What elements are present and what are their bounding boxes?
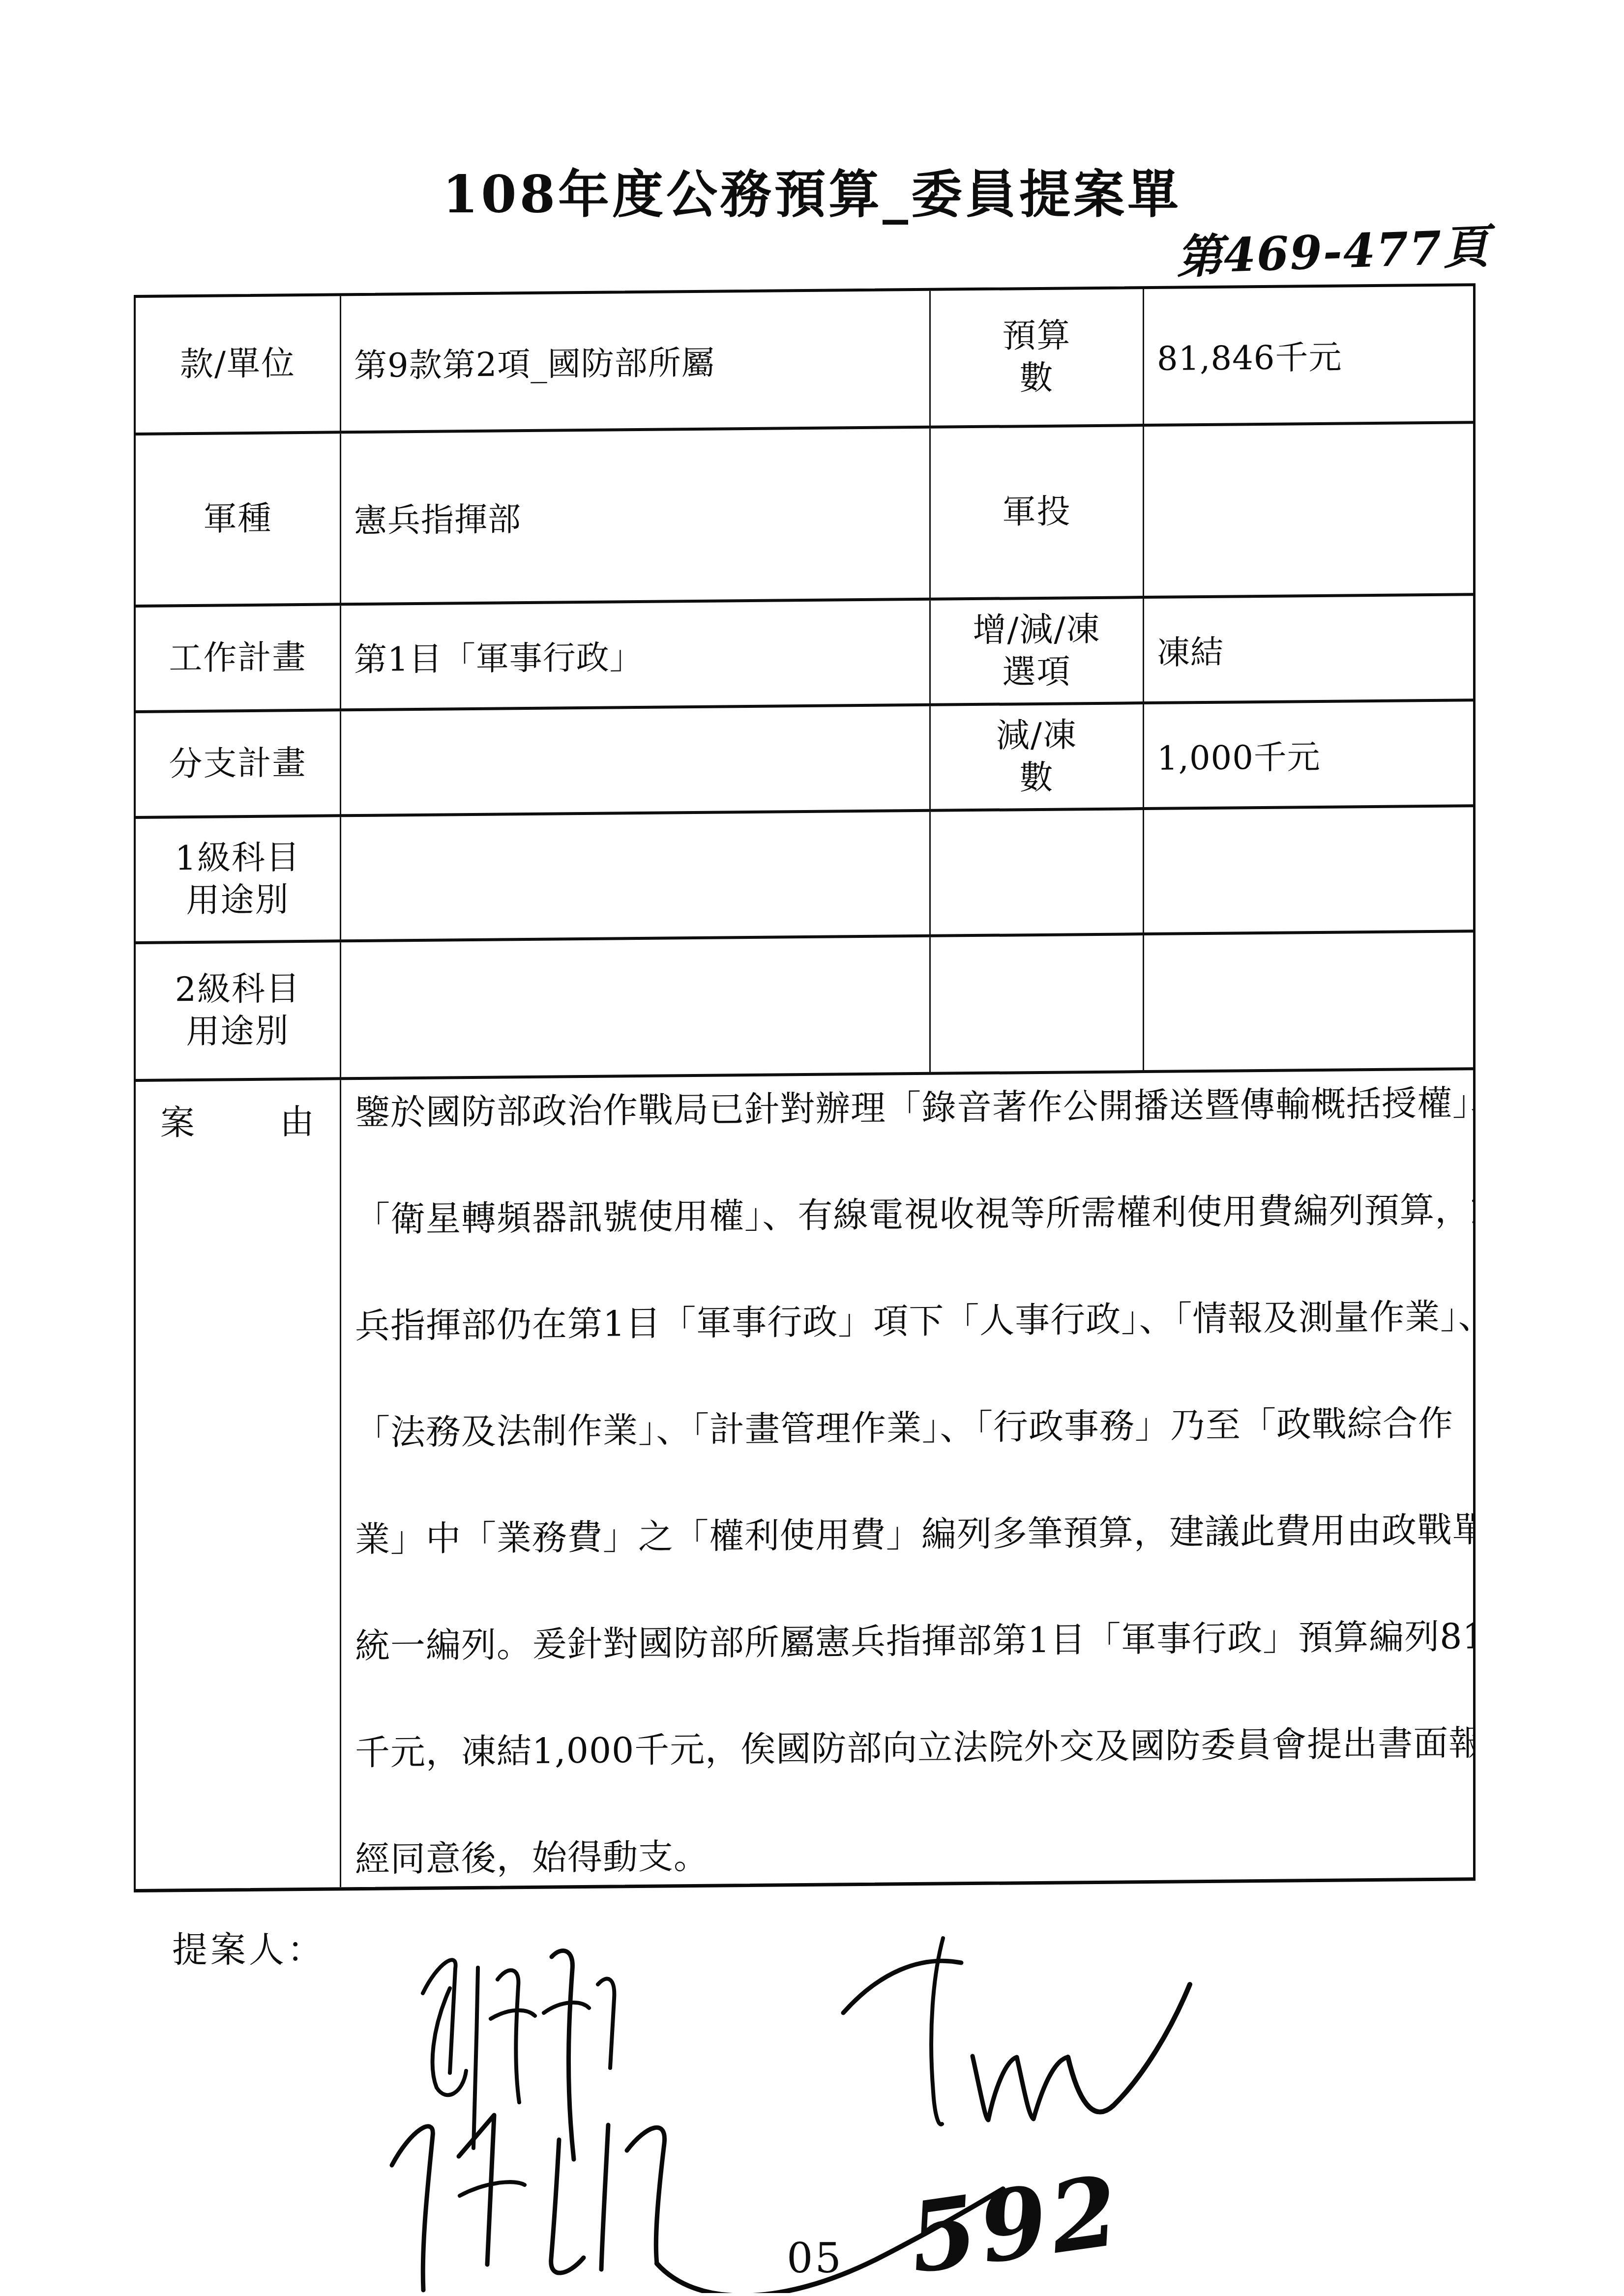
label-line: 分支計畫 <box>169 742 306 785</box>
label-line: 用途別 <box>186 879 289 922</box>
label-line: 2級科目 <box>175 968 300 1011</box>
value-cell-budget-amount: 81,846千元 <box>1144 286 1473 427</box>
value-cell-level1-extra <box>1144 807 1473 935</box>
case-text-line: 「衛星轉頻器訊號使用權」、有線電視收視等所需權利使用費編列預算，憲 <box>355 1185 1463 1301</box>
value-cell-level1-subject <box>341 812 931 942</box>
label-line: 軍投 <box>1002 491 1071 533</box>
scanned-proposal-form: 108年度公務預算_委員提案單 第469-477頁 款/單位 第9款第2項_國防… <box>0 0 1624 2296</box>
label-cell-work-plan: 工作計畫 <box>136 606 341 713</box>
case-text-line: 鑒於國防部政治作戰局已針對辦理「錄音著作公開播送暨傳輸概括授權」、 <box>355 1078 1463 1194</box>
case-text-line: 業」中「業務費」之「權利使用費」編列多筆預算，建議此費用由政戰單位 <box>355 1505 1463 1621</box>
value-cell-service-branch: 憲兵指揮部 <box>341 429 931 606</box>
label-line: 數 <box>1019 756 1054 799</box>
label-cell-cut-freeze-amount: 減/凍數 <box>931 704 1144 812</box>
label-line: 選項 <box>1002 651 1071 694</box>
label-cell-budget-unit: 款/單位 <box>136 296 341 436</box>
label-line: 軍種 <box>203 498 272 541</box>
label-line: 款/單位 <box>180 343 295 386</box>
value-cell-military-investment <box>1144 424 1473 599</box>
value-cell-work-plan: 第1目「軍事行政」 <box>341 601 931 711</box>
label-cell-level1-subject: 1級科目用途別 <box>136 817 341 944</box>
proposer-label: 提案人： <box>172 1921 325 1972</box>
label-cell-case-subject: 案 由 <box>136 1080 341 1889</box>
label-line: 1級科目 <box>175 837 300 880</box>
label-line: 增/減/凍 <box>973 608 1101 651</box>
label-cell-level2-subject: 2級科目用途別 <box>136 942 341 1082</box>
value-cell-branch-plan <box>341 706 931 817</box>
label-line: 減/凍 <box>996 714 1077 757</box>
label-line: 數 <box>1019 357 1054 400</box>
label-cell-level1-extra <box>931 810 1144 937</box>
case-text-cell: 鑒於國防部政治作戰局已針對辦理「錄音著作公開播送暨傳輸概括授權」、 「衛星轉頻器… <box>341 1070 1473 1887</box>
case-text-line: 兵指揮部仍在第1目「軍事行政」項下「人事行政」、「情報及測量作業」、 <box>355 1291 1463 1408</box>
value-cell-level2-subject <box>341 937 931 1080</box>
case-text-line: 千元，凍結1,000千元，俟國防部向立法院外交及國防委員會提出書面報告並 <box>355 1718 1463 1834</box>
printed-page-number: 05 <box>787 2234 843 2282</box>
label-cell-change-option: 增/減/凍選項 <box>931 599 1144 706</box>
label-line: 用途別 <box>186 1010 289 1053</box>
value-cell-cut-freeze-amount: 1,000千元 <box>1144 701 1473 810</box>
value-cell-level2-extra <box>1144 932 1473 1073</box>
label-cell-branch-plan: 分支計畫 <box>136 711 341 819</box>
value-cell-budget-unit: 第9款第2項_國防部所屬 <box>341 291 931 434</box>
case-text-line: 統一編列。爰針對國防部所屬憲兵指揮部第1目「軍事行政」預算編列81,846 <box>355 1611 1463 1728</box>
case-text-line: 「法務及法制作業」、「計畫管理作業」、「行政事務」乃至「政戰綜合作 <box>355 1398 1463 1514</box>
case-label-char: 案 <box>160 1095 195 1145</box>
proposal-table: 款/單位 第9款第2項_國防部所屬 預算數 81,846千元 軍種 憲兵指揮部 … <box>134 283 1476 1892</box>
value-cell-change-option: 凍結 <box>1144 596 1473 704</box>
label-cell-budget-amount: 預算數 <box>931 289 1144 429</box>
label-line: 預算 <box>1002 315 1071 357</box>
label-cell-service-branch: 軍種 <box>136 434 341 608</box>
label-cell-level2-extra <box>931 935 1144 1075</box>
case-text-line: 經同意後，始得動支。 <box>355 1825 1463 1887</box>
label-line: 工作計畫 <box>169 636 306 679</box>
label-cell-military-investment: 軍投 <box>931 427 1144 601</box>
handwritten-page-range: 第469-477頁 <box>1175 209 1491 287</box>
case-label-char: 由 <box>280 1094 314 1144</box>
